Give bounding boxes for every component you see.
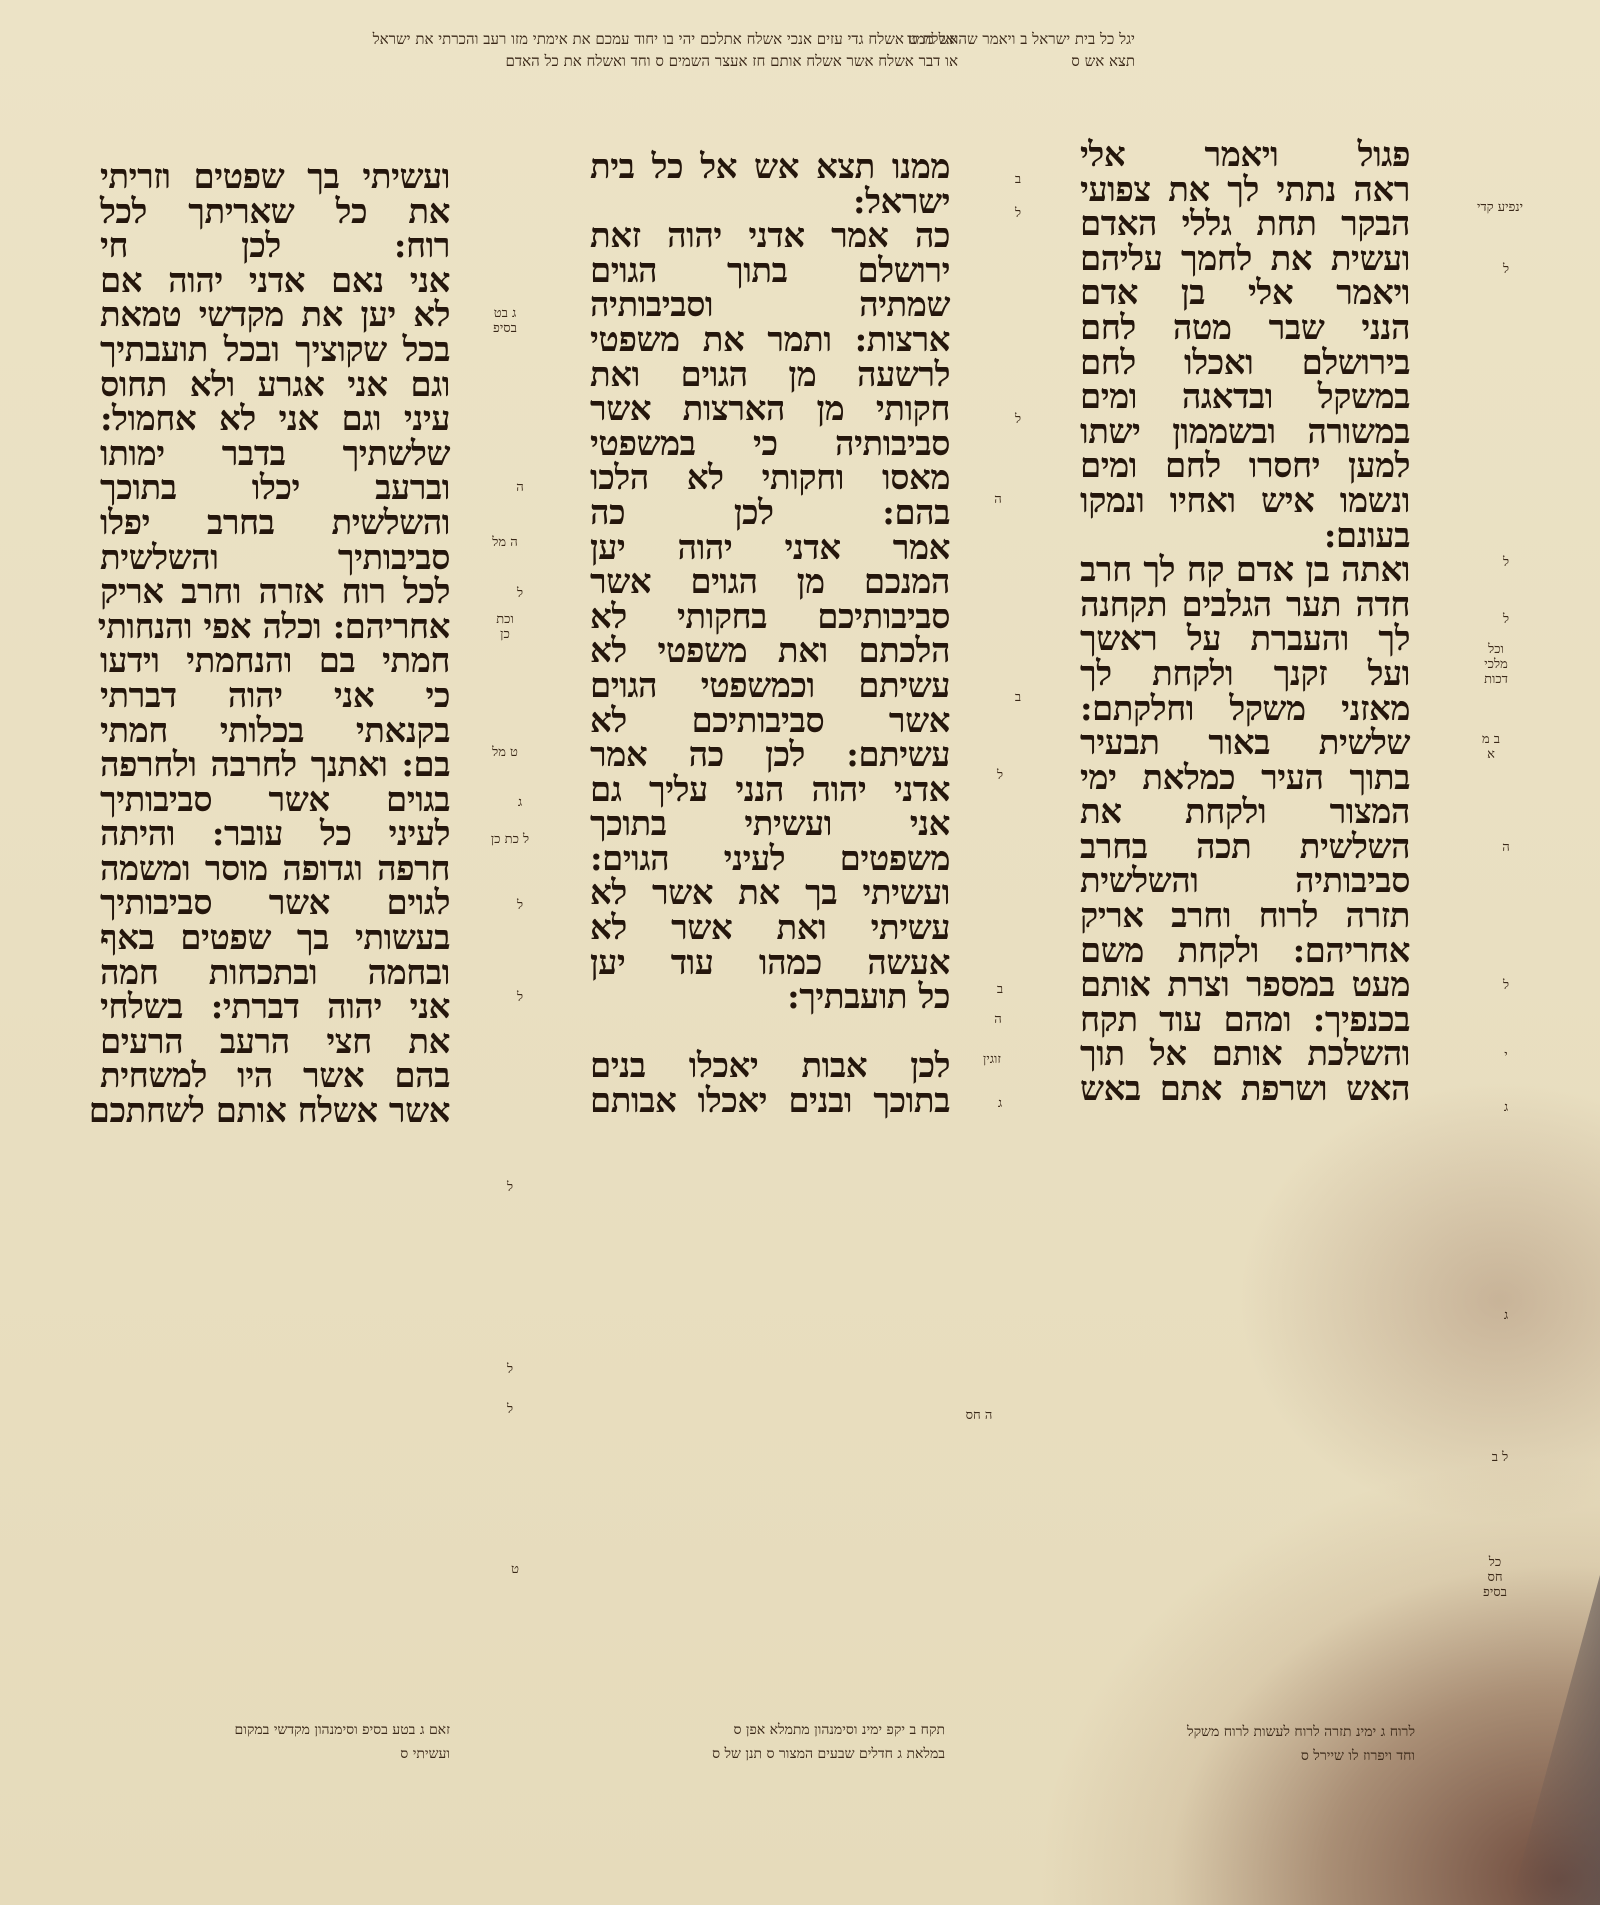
text-line: מאזני משקל וחלקתם:: [1080, 692, 1410, 727]
top-note-left: אשלח ט אשלח גדי עזים אנכי אשלח אתלכם יהי…: [108, 28, 958, 72]
text-line: הבקר תחת גללי האדם: [1080, 207, 1410, 242]
text-line: את חצי הרעב הרעים: [100, 1025, 450, 1060]
masorah-note: ה: [1476, 840, 1536, 855]
text-line: שמתיה וסביבותיה: [590, 288, 950, 323]
text-line: במשקל ובדאגה ומים: [1080, 380, 1410, 415]
masorah-note: ט מל: [490, 745, 520, 760]
text-line: בעשותי בך שפטים באף: [100, 921, 450, 956]
text-line: סביבותיך והשלשית: [100, 541, 450, 576]
text-line: לכל רוח אזרה וחרב אריק: [100, 575, 450, 610]
text-line: ועשיתי בך את אשר לא: [590, 876, 950, 911]
text-line: ועשיתי בך שפטים וזריתי: [100, 160, 450, 195]
text-line: הלכתם ואת משפטי לא: [590, 634, 950, 669]
text-line: וגם אני אגרע ולא תחוס: [100, 368, 450, 403]
masorah-note: ב: [988, 172, 1048, 187]
text-line: אשר אשלח אותם לשחתכם: [100, 1094, 450, 1129]
text-line: בתוכך ובנים יאכלו אבותם: [590, 1084, 950, 1119]
masorah-note: זוגין: [962, 1052, 1022, 1067]
text-line: חמתי בם והנחמתי וידעו: [100, 644, 450, 679]
text-line: בם: ואתנך לחרבה ולחרפה: [100, 748, 450, 783]
bottom-note-middle: תקח ב יקפ ימינ וסימנהון מתמלא אפן ס במלא…: [595, 1718, 945, 1766]
text-line: פגול ויאמר אלי: [1080, 138, 1410, 173]
text-line: סביבותיכם בחקותי לא: [590, 600, 950, 635]
text-line: את כל שאריתך לכל: [100, 195, 450, 230]
text-line: עיני וגם אני לא אחמול:: [100, 402, 450, 437]
text-line: וברעב יכלו בתוכך: [100, 471, 450, 506]
masorah-note: ל: [490, 990, 550, 1005]
text-line: ואתה בן אדם קח לך חרב: [1080, 553, 1410, 588]
masorah-note: י: [1476, 1048, 1536, 1063]
masorah-note: ג: [1476, 1100, 1536, 1115]
text-line: אני נאם אדני יהוה אם: [100, 264, 450, 299]
bottom-note-left: זאם ג בטע בסיפ וסימנהון מקדשי במקום ועשי…: [100, 1718, 450, 1766]
text-line: בהם: לכן כה: [590, 496, 950, 531]
text-line: אחריהם: ולקחת משם: [1080, 934, 1410, 969]
text-line: בירושלם ואכלו לחם: [1080, 346, 1410, 381]
bottom-note-right-line: וחד ויפרוז לו שיירל ס: [1075, 1744, 1415, 1768]
text-line: רוח: לכן חי: [100, 229, 450, 264]
text-line: השלשית תכה בחרב: [1080, 830, 1410, 865]
masorah-note: וכל מלכי דכות: [1476, 642, 1516, 687]
masorah-note: ל כת כן: [490, 832, 530, 847]
text-line: לא יען את מקדשי טמאת: [100, 298, 450, 333]
text-line: ירושלם בתוך הגוים: [590, 254, 950, 289]
masorah-note: ב: [988, 690, 1048, 705]
masorah-note: ינפיע קדי: [1470, 200, 1530, 215]
text-line: לכן אבות יאכלו בנים: [590, 1049, 950, 1084]
text-line: סביבותיה כי במשפטי: [590, 427, 950, 462]
text-line: לך והעברת על ראשך: [1080, 622, 1410, 657]
text-line: בקנאתי בכלותי חמתי: [100, 714, 450, 749]
text-line: עשיתי ואת אשר לא: [590, 911, 950, 946]
bottom-note-right: לרוח ג ימינ תזרה לרוח לעשות לרוח משקל וח…: [1075, 1720, 1415, 1768]
text-line: עשיתם: לכן כה אמר: [590, 738, 950, 773]
masorah-note: ה מל: [490, 535, 520, 550]
text-line: כל תועבתיך:: [590, 980, 950, 1015]
text-line: אני יהוה דברתי: בשלחי: [100, 990, 450, 1025]
text-line: שלשית באור תבעיר: [1080, 726, 1410, 761]
text-line: בכל שקוציך ובכל תועבתיך: [100, 333, 450, 368]
masorah-note: ל: [490, 586, 550, 601]
text-line: במשורה ובשממון ישתו: [1080, 415, 1410, 450]
text-line: ישראל:: [590, 185, 950, 220]
text-line: והשלכת אותם אל תוך: [1080, 1037, 1410, 1072]
masorah-note: ג בט בסיפ: [485, 306, 525, 336]
column-middle: ממנו תצא אש אל כל בית ישראל: כה אמר אדני…: [590, 150, 950, 1119]
text-line: המנכם מן הגוים אשר: [590, 565, 950, 600]
text-line: ועל זקנך ולקחת לך: [1080, 657, 1410, 692]
bottom-note-middle-line: במלאת ג חדלים שבעים המצור ס תנן של ס: [595, 1742, 945, 1766]
column-right: פגול ויאמר אלי ראה נתתי לך את צפועי הבקר…: [1080, 138, 1410, 1107]
masorah-note: ג: [970, 1096, 1030, 1111]
masorah-note: ה: [490, 480, 550, 495]
top-note-left-line: או דבר אשלח אשר אשלח אותם חז אעצר השמים …: [108, 50, 958, 72]
text-line: אחריהם: וכלה אפי והנחותי: [100, 610, 450, 645]
masorah-note: ג: [1476, 1308, 1536, 1323]
text-line: בגוים אשר סביבותיך: [100, 783, 450, 818]
text-line: סביבותיה והשלשית: [1080, 864, 1410, 899]
masorah-note: ט: [485, 1562, 545, 1577]
masorah-note: ה חס: [964, 1408, 994, 1423]
masorah-note: ל: [970, 768, 1030, 783]
bottom-note-middle-line: תקח ב יקפ ימינ וסימנהון מתמלא אפן ס: [595, 1718, 945, 1742]
text-line: בכנפיך: ומהם עוד תקח: [1080, 1003, 1410, 1038]
bottom-note-left-line: ועשיתי ס: [100, 1742, 450, 1766]
text-line: בהם אשר היו למשחית: [100, 1059, 450, 1094]
bottom-note-right-line: לרוח ג ימינ תזרה לרוח לעשות לרוח משקל: [1075, 1720, 1415, 1744]
text-line: בעונם:: [1080, 519, 1410, 554]
masorah-note: כל חס בסיפ: [1480, 1555, 1510, 1600]
masorah-note: ל: [480, 1180, 540, 1195]
text-line: לגוים אשר סביבותיך: [100, 886, 450, 921]
text-line: בתוך העיר כמלאת ימי: [1080, 761, 1410, 796]
masorah-note: ל ב: [1470, 1450, 1530, 1465]
masorah-note: ל: [1476, 978, 1536, 993]
text-line: אדני יהוה הנני עליך גם: [590, 773, 950, 808]
masorah-note: ל: [490, 898, 550, 913]
text-line: ראה נתתי לך את צפועי: [1080, 173, 1410, 208]
masorah-note: ה: [968, 1012, 1028, 1027]
blank-line: [590, 1015, 950, 1050]
text-line: ונשמו איש ואחיו ונמקו: [1080, 484, 1410, 519]
text-line: לעיני כל עובר: והיתה: [100, 817, 450, 852]
text-line: כי אני יהוה דברתי: [100, 679, 450, 714]
text-line: והשלשית בחרב יפלו: [100, 506, 450, 541]
text-line: לרשעה מן הגוים ואת: [590, 358, 950, 393]
text-line: אני ועשיתי בתוכך: [590, 807, 950, 842]
top-note-left-line: אשלח ט אשלח גדי עזים אנכי אשלח אתלכם יהי…: [108, 28, 958, 50]
masorah-note: וכת כן: [490, 612, 520, 642]
masorah-note: ל: [1476, 612, 1536, 627]
masorah-note: ל: [480, 1362, 540, 1377]
bottom-note-left-line: זאם ג בטע בסיפ וסימנהון מקדשי במקום: [100, 1718, 450, 1742]
text-line: מאסו וחקותי לא הלכו: [590, 461, 950, 496]
text-line: האש ושרפת אתם באש: [1080, 1072, 1410, 1107]
text-line: ויאמר אלי בן אדם: [1080, 276, 1410, 311]
text-line: חדה תער הגלבים תקחנה: [1080, 588, 1410, 623]
text-line: עשיתם וכמשפטי הגוים: [590, 669, 950, 704]
masorah-note: ב מ א: [1476, 732, 1506, 762]
masorah-note: ג: [490, 795, 550, 810]
text-line: שלשתיך בדבר ימותו: [100, 437, 450, 472]
masorah-note: ל: [1476, 555, 1536, 570]
text-line: חרפה וגדופה מוסר ומשמה: [100, 852, 450, 887]
text-line: חקותי מן הארצות אשר: [590, 392, 950, 427]
text-line: תזרה לרוח וחרב אריק: [1080, 899, 1410, 934]
text-line: למען יחסרו לחם ומים: [1080, 449, 1410, 484]
text-line: אשר סביבותיכם לא: [590, 704, 950, 739]
masorah-note: ל: [480, 1402, 540, 1417]
text-line: ארצות: ותמר את משפטי: [590, 323, 950, 358]
text-line: ועשית את לחמך עליהם: [1080, 242, 1410, 277]
text-line: כה אמר אדני יהוה זאת: [590, 219, 950, 254]
text-line: אעשה כמהו עוד יען: [590, 946, 950, 981]
text-line: אמר אדני יהוה יען: [590, 531, 950, 566]
masorah-note: ל: [988, 206, 1048, 221]
masorah-note: ב: [970, 982, 1030, 997]
column-left: ועשיתי בך שפטים וזריתי את כל שאריתך לכל …: [100, 160, 450, 1129]
masorah-note: ל: [1476, 262, 1536, 277]
text-line: ממנו תצא אש אל כל בית: [590, 150, 950, 185]
masorah-note: ל: [988, 412, 1048, 427]
masorah-note: ה: [968, 492, 1028, 507]
text-line: המצור ולקחת את: [1080, 795, 1410, 830]
text-line: ובחמה ובתכחות חמה: [100, 956, 450, 991]
text-line: משפטים לעיני הגוים:: [590, 842, 950, 877]
text-line: הנני שבר מטה לחם: [1080, 311, 1410, 346]
text-line: מעט במספר וצרת אותם: [1080, 968, 1410, 1003]
